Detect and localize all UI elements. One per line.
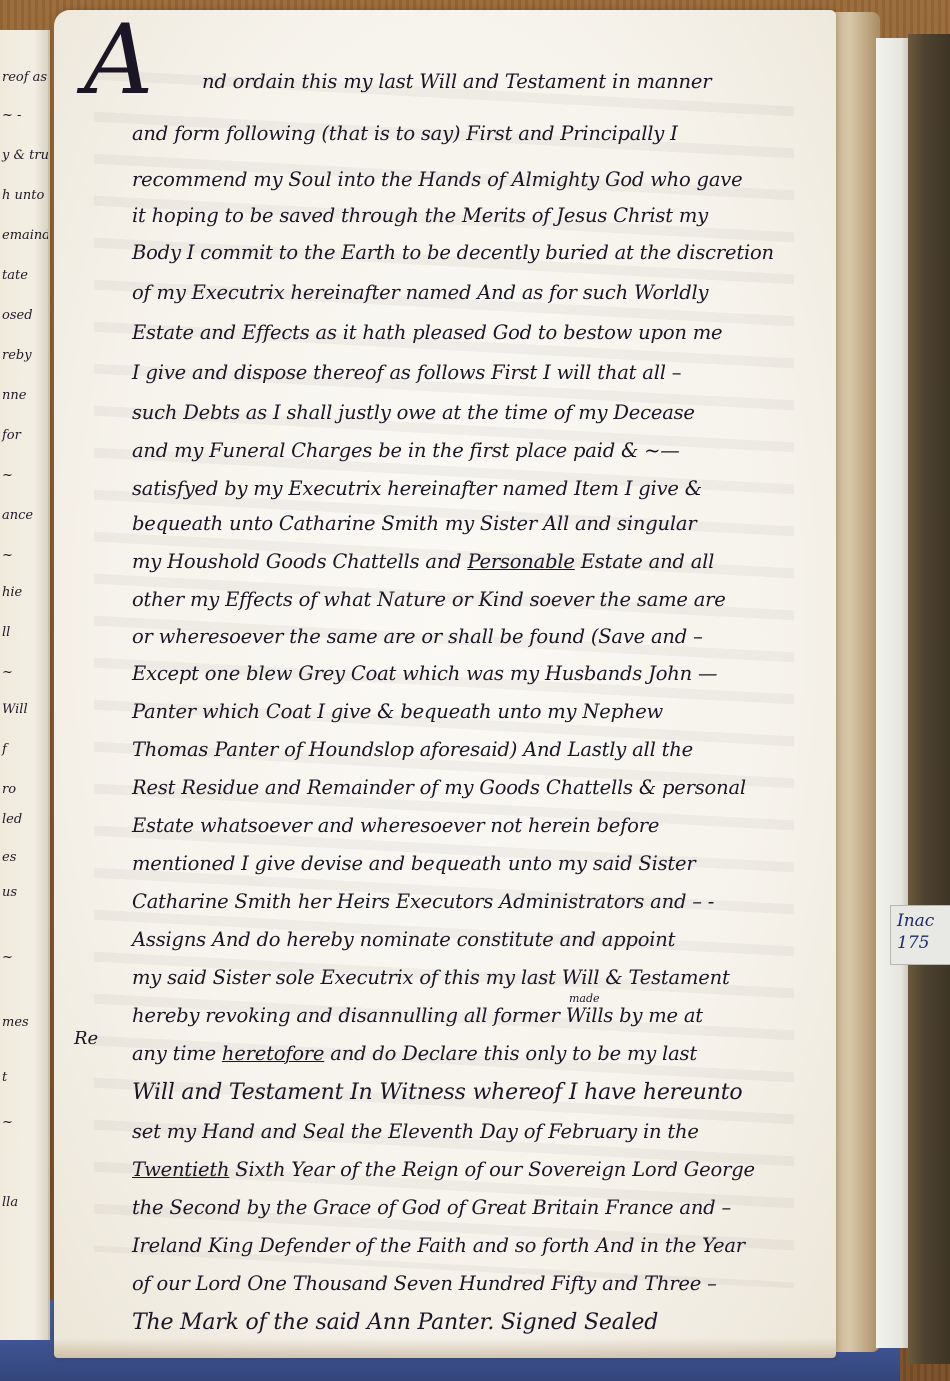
margin-fragment: t [2,1070,7,1085]
margin-mark: Re [74,1028,98,1049]
decorated-initial: A [84,12,153,108]
text-line: hereby revoking and disannulling all for… [132,1004,832,1027]
margin-fragment: ~ [2,548,13,563]
text-line: set my Hand and Seal the Eleventh Day of… [132,1120,832,1143]
margin-fragment: emainder [2,228,50,243]
underlined-word: Personable [467,550,574,573]
catalog-label: Inac 175 [890,905,950,965]
blank-sheet-edge [876,38,912,1348]
text-line: I give and dispose thereof as follows Fi… [132,361,832,384]
text-line: my said Sister sole Executrix of this my… [132,966,832,989]
text-line: Assigns And do hereby nominate constitut… [132,928,832,951]
underlined-word: Twentieth [132,1158,229,1181]
text-line: Will and Testament In Witness whereof I … [132,1080,832,1105]
margin-fragment: tate [2,268,28,283]
label-line-1: Inac [897,910,950,932]
margin-fragment: led [2,812,22,827]
text-line: other my Effects of what Nature or Kind … [132,588,832,611]
margin-fragment: hie [2,585,22,600]
text-line: Catharine Smith her Heirs Executors Admi… [132,890,832,913]
text-line: and my Funeral Charges be in the first p… [132,439,832,462]
margin-fragment: Will [2,702,28,717]
text-line: of my Executrix hereinafter named And as… [132,281,832,304]
margin-fragment: reby [2,348,32,363]
text-line: and form following (that is to say) Firs… [132,122,832,145]
margin-fragment: reof as [2,70,47,85]
margin-fragment: ~ [2,950,13,965]
margin-fragment: ~ - [2,108,21,123]
text-line: bequeath unto Catharine Smith my Sister … [132,512,832,535]
text-line: nd ordain this my last Will and Testamen… [202,70,836,93]
margin-fragment: y & true [2,148,50,163]
text-line: satisfyed by my Executrix hereinafter na… [132,477,832,500]
margin-fragment: for [2,428,21,443]
margin-fragment: osed [2,308,33,323]
margin-fragment: ance [2,508,33,523]
book-cover-board [908,34,950,1364]
text-line: it hoping to be saved through the Merits… [132,204,832,227]
text-line: mentioned I give devise and bequeath unt… [132,852,832,875]
text-line: Rest Residue and Remainder of my Goods C… [132,776,832,799]
margin-fragment: mes [2,1015,29,1030]
text-line: any time heretofore and do Declare this … [132,1042,832,1065]
will-page: A nd ordain this my last Will and Testam… [54,10,836,1358]
label-line-2: 175 [897,932,950,954]
margin-fragment: ~ [2,665,13,680]
text-line: such Debts as I shall justly owe at the … [132,401,832,424]
text-line: Panter which Coat I give & bequeath unto… [132,700,832,723]
text-line: Estate and Effects as it hath pleased Go… [132,321,832,344]
text-line: or wheresoever the same are or shall be … [132,625,832,648]
text-line: Ireland King Defender of the Faith and s… [132,1234,832,1257]
text-line: the Second by the Grace of God of Great … [132,1196,832,1219]
margin-fragment: ll [2,625,10,640]
text-line: Except one blew Grey Coat which was my H… [132,662,832,685]
text-line: Twentieth Sixth Year of the Reign of our… [132,1158,832,1181]
text-line: Body I commit to the Earth to be decentl… [132,241,832,264]
text-line: my Houshold Goods Chattells and Personab… [132,550,832,573]
margin-fragment: nne [2,388,26,403]
margin-fragment: f [2,742,7,757]
text-line: The Mark of the said Ann Panter. Signed … [132,1310,832,1335]
text-line: Estate whatsoever and wheresoever not he… [132,814,832,837]
margin-fragment: ro [2,782,16,797]
text-line: of our Lord One Thousand Seven Hundred F… [132,1272,832,1295]
margin-fragment: h unto [2,188,44,203]
margin-fragment: ~ [2,468,13,483]
margin-fragment: ~ [2,1115,13,1130]
margin-fragment: es [2,850,16,865]
margin-fragment: lla [2,1195,18,1210]
text-line: Thomas Panter of Houndslop aforesaid) An… [132,738,832,761]
left-facing-page: reof as ~ - y & true h unto emainder tat… [0,30,50,1340]
text-line: recommend my Soul into the Hands of Almi… [132,168,832,191]
underlined-word: heretofore [222,1042,324,1065]
margin-fragment: us [2,885,17,900]
